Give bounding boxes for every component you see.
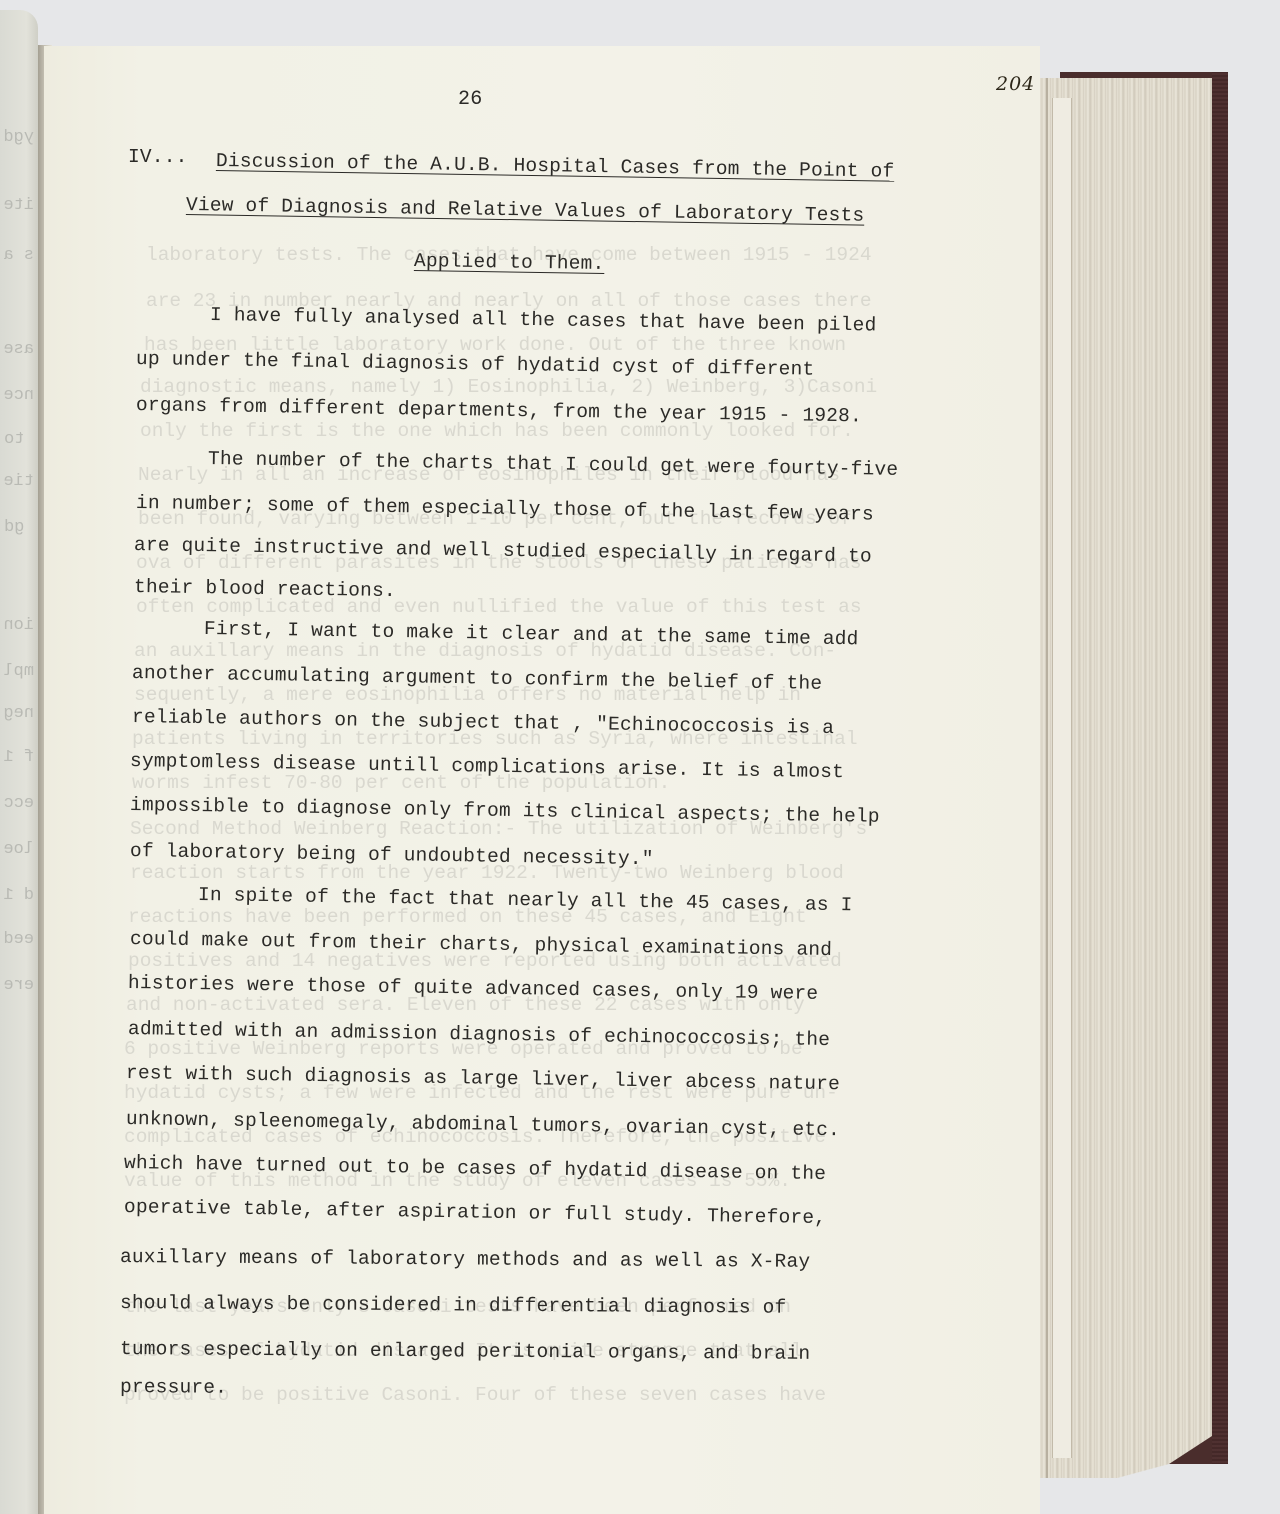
left-page-fragment: ase [4, 340, 34, 359]
previous-page-edge: ygd ite s a ase nce to tie gd ion mpl ne… [0, 10, 38, 1514]
left-page-fragment: gd [4, 518, 34, 537]
left-page-fragment: ite [4, 196, 34, 215]
text-line: pressure. [120, 1378, 227, 1398]
left-page-fragment: mpl [4, 662, 34, 681]
handwritten-folio-number: 204 [996, 73, 1035, 95]
text-line: their blood reactions. [134, 578, 396, 602]
left-page-fragment: d 1 [4, 886, 34, 905]
left-page-fragment: tie [4, 472, 34, 491]
page-number: 26 [458, 90, 482, 110]
text-line: auxillary means of laboratory methods an… [120, 1248, 810, 1272]
left-page-fragment: ion [4, 616, 34, 635]
text-line: should always be considered in different… [120, 1294, 787, 1318]
heading-line-3: Applied to Them. [414, 252, 605, 274]
left-page-fragment: eed [4, 930, 34, 949]
text-line: tumors especially on enlarged peritonial… [120, 1340, 810, 1364]
left-page-fragment: neg [4, 704, 34, 723]
left-page-fragment: ecc [4, 794, 34, 813]
left-page-fragment: loec [4, 840, 34, 859]
section-number: IV... [128, 148, 188, 168]
page-edge-stack [1040, 78, 1212, 1478]
left-page-fragment: ere [4, 976, 34, 995]
left-page-fragment: nce [4, 386, 34, 405]
left-page-fragment: ygd [4, 128, 34, 147]
left-page-fragment: f 1 [4, 748, 34, 767]
left-page-fragment: s a [4, 246, 34, 265]
left-page-fragment: to [4, 430, 34, 449]
